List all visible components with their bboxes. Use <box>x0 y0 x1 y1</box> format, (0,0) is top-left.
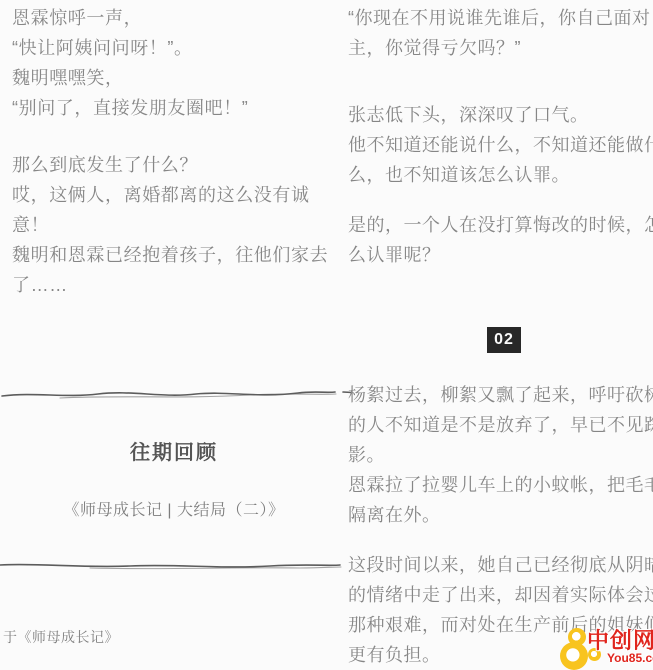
text-line: 哎，这俩人，离婚都离的这么没有诚 <box>12 180 328 210</box>
text-line: 了…… <box>12 270 328 300</box>
text-line: 隔离在外。 <box>348 500 653 530</box>
right-paragraph-response: 张志低下头，深深叹了口气。 他不知道还能说什么，不知道还能做什 么，也不知道该怎… <box>348 100 653 190</box>
left-paragraph-narration: 那么到底发生了什么？ 哎，这俩人，离婚都离的这么没有诚 意！ 魏明和恩霖已经抱着… <box>12 150 328 300</box>
recap-section-title: 往期回顾 <box>0 436 348 465</box>
hand-drawn-divider <box>0 555 348 577</box>
text-line: 恩霖拉了拉婴儿车上的小蚊帐，把毛毛 <box>348 470 653 500</box>
left-paragraph-dialog: 恩霖惊呼一声， “快让阿姨问问呀！”。 魏明嘿嘿笑， “别问了，直接发朋友圈吧！… <box>12 3 248 123</box>
right-paragraph-scene: 杨絮过去，柳絮又飘了起来，呼吁砍树 的人不知道是不是放弃了，早已不见踪 影。 恩… <box>348 380 653 530</box>
right-paragraph-reflection: 是的，一个人在没打算悔改的时候，怎 么认罪呢？ <box>348 210 653 270</box>
text-line: 影。 <box>348 440 653 470</box>
previous-episode-link[interactable]: 《师母成长记 | 大结局（二）》 <box>0 497 348 520</box>
text-line: 主，你觉得亏欠吗？” <box>348 33 651 63</box>
series-footer-label: 于《师母成长记》 <box>3 627 119 647</box>
text-line: 这段时间以来，她自己已经彻底从阴暗 <box>348 550 653 580</box>
text-line: 他不知道还能说什么，不知道还能做什 <box>348 130 653 160</box>
text-line: “快让阿姨问问呀！”。 <box>12 33 248 63</box>
text-line: 那么到底发生了什么？ <box>12 150 328 180</box>
text-line: “别问了，直接发朋友圈吧！” <box>12 93 248 123</box>
hand-drawn-divider <box>0 382 353 406</box>
text-line: 魏明和恩霖已经抱着孩子，往他们家去 <box>12 240 328 270</box>
text-line: 恩霖惊呼一声， <box>12 3 248 33</box>
text-line: 的人不知道是不是放弃了，早已不见踪 <box>348 410 653 440</box>
text-line: “你现在不用说谁先谁后，你自己面对 <box>348 3 651 33</box>
watermark: 中创网 You85.com <box>556 618 653 670</box>
watermark-site-url: You85.com <box>607 651 653 665</box>
section-number-badge: 02 <box>487 327 521 353</box>
right-paragraph-question: “你现在不用说谁先谁后，你自己面对 主，你觉得亏欠吗？” <box>348 3 651 63</box>
text-line: 是的，一个人在没打算悔改的时候，怎 <box>348 210 653 240</box>
text-line: 魏明嘿嘿笑， <box>12 63 248 93</box>
coin-cluster-icon <box>560 642 588 670</box>
text-line: 张志低下头，深深叹了口气。 <box>348 100 653 130</box>
text-line: 么认罪呢？ <box>348 240 653 270</box>
text-line: 么，也不知道该怎么认罪。 <box>348 160 653 190</box>
text-line: 的情绪中走了出来，却因着实际体会过 <box>348 580 653 610</box>
text-line: 意！ <box>12 210 328 240</box>
text-line: 杨絮过去，柳絮又飘了起来，呼吁砍树 <box>348 380 653 410</box>
article-screenshot: 恩霖惊呼一声， “快让阿姨问问呀！”。 魏明嘿嘿笑， “别问了，直接发朋友圈吧！… <box>0 0 653 670</box>
